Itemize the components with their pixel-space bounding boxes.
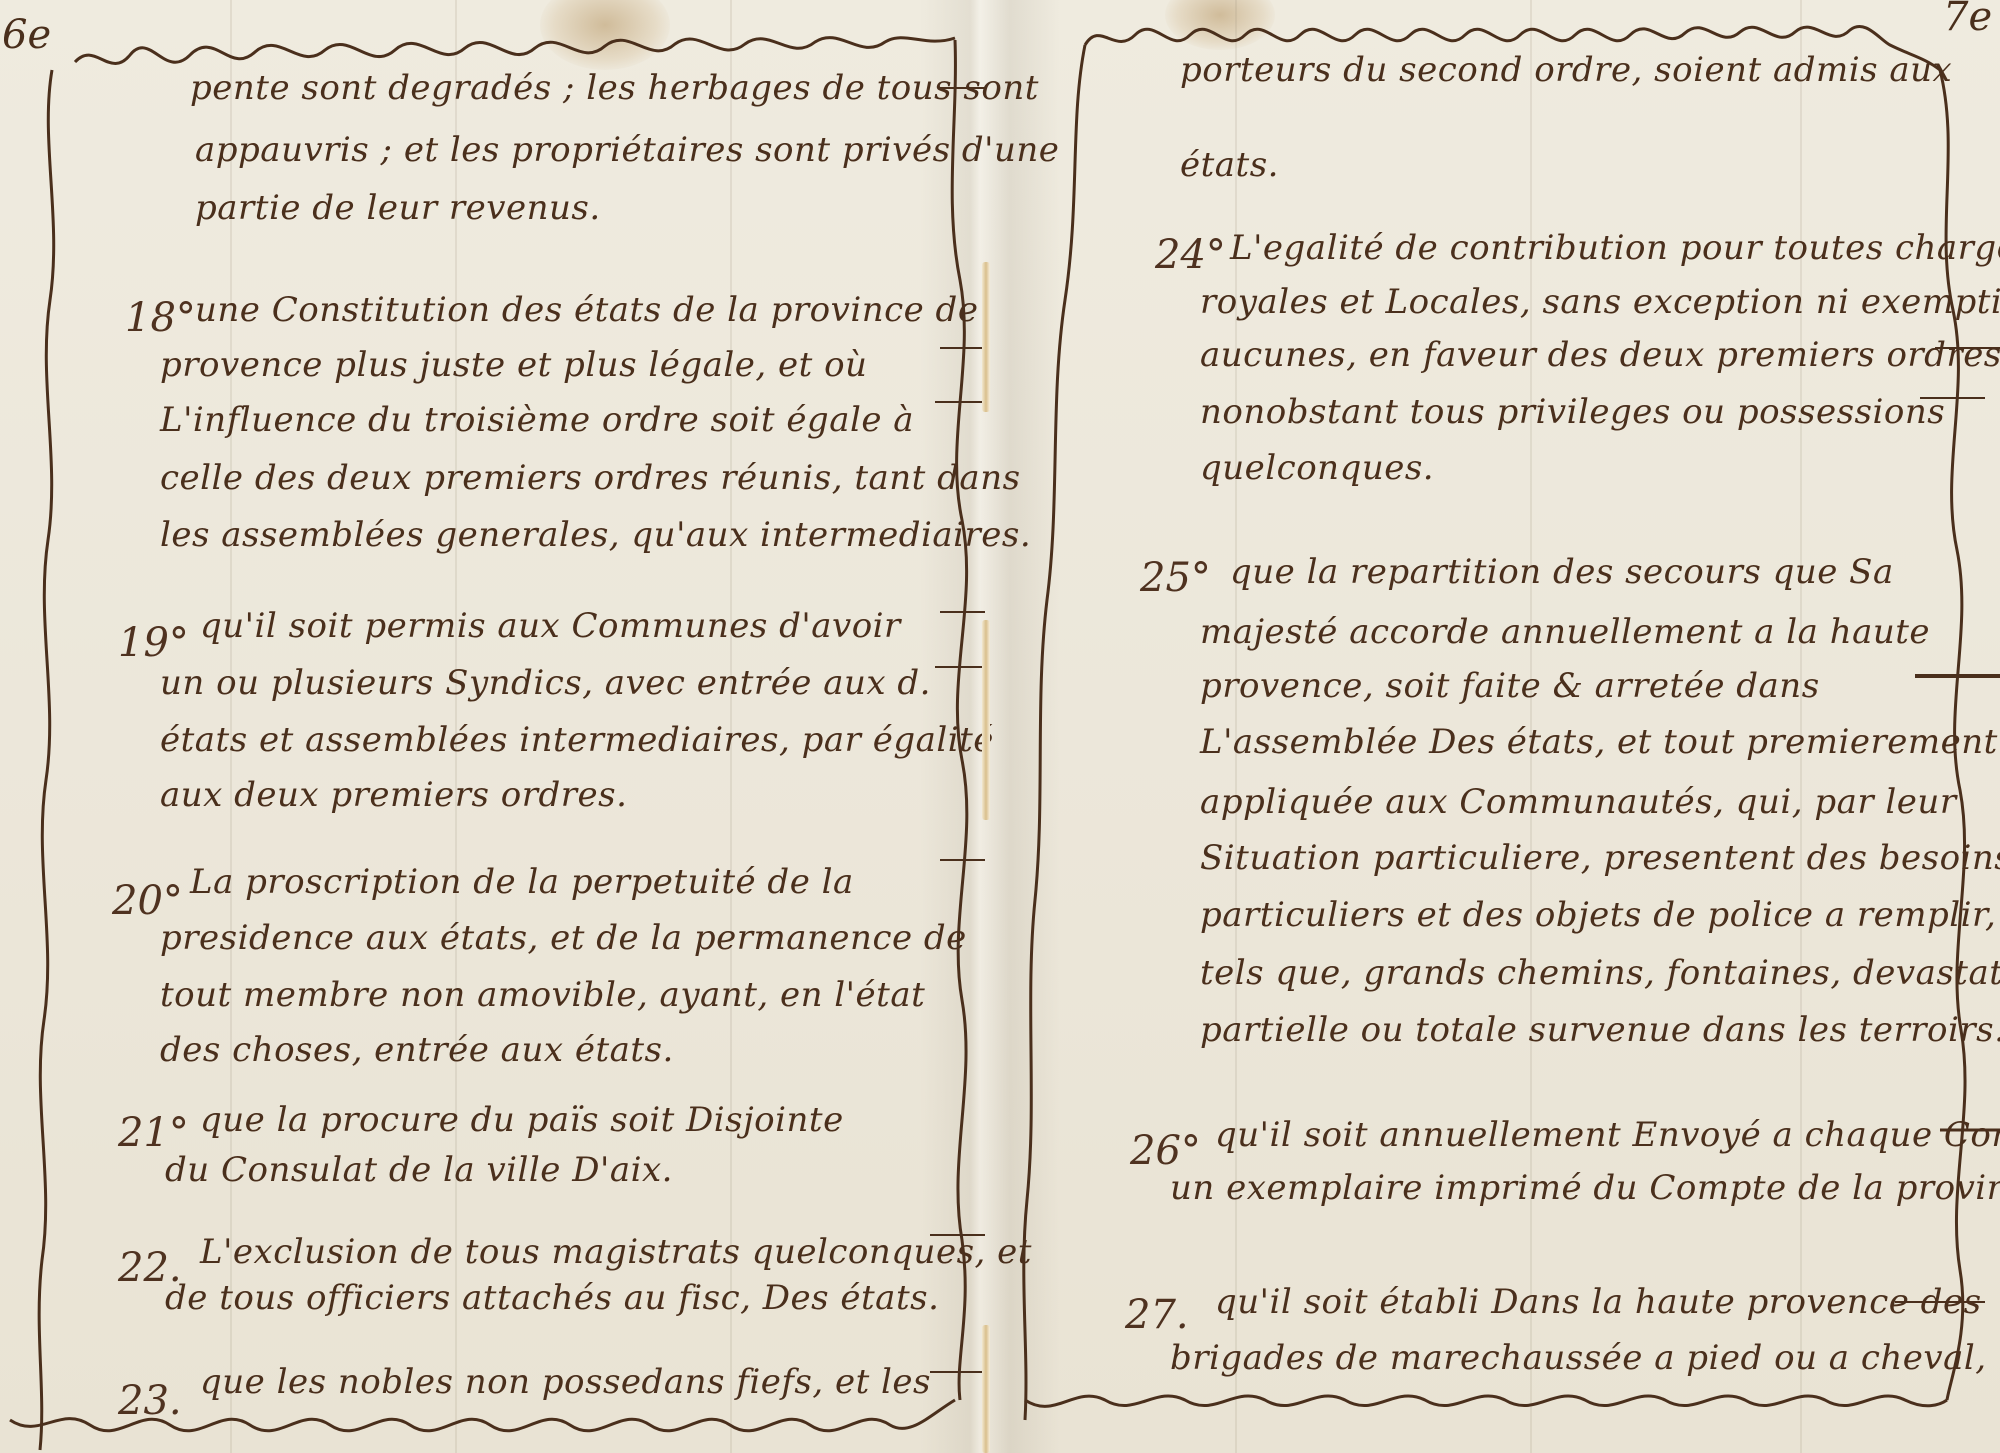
text-line: presidence aux états, et de la permanenc… <box>160 918 967 958</box>
article-number: 24° <box>1155 232 1226 278</box>
article-number: 23. <box>118 1378 182 1424</box>
text-line: provence plus juste et plus légale, et o… <box>160 345 867 385</box>
text-line: qu'il soit établi Dans la haute provence… <box>1215 1282 1982 1322</box>
text-line: particuliers et des objets de police a r… <box>1200 895 1996 935</box>
text-line: que la repartition des secours que Sa <box>1230 552 1894 592</box>
text-line: L'exclusion de tous magistrats quelconqu… <box>200 1232 1032 1272</box>
text-line: La proscription de la perpetuité de la <box>190 862 854 902</box>
text-line: nonobstant tous privileges ou possession… <box>1200 392 1945 432</box>
text-line: royales et Locales, sans exception ni ex… <box>1200 282 2000 322</box>
text-line: porteurs du second ordre, soient admis a… <box>1180 50 1952 90</box>
text-line: celle des deux premiers ordres réunis, t… <box>160 458 1021 498</box>
text-line: de tous officiers attachés au fisc, Des … <box>165 1278 939 1318</box>
text-line: un ou plusieurs Syndics, avec entrée aux… <box>160 663 931 703</box>
text-line: aux deux premiers ordres. <box>160 775 627 815</box>
text-line: pente sont degradés ; les herbages de to… <box>190 68 1039 108</box>
article-number: 27. <box>1125 1292 1189 1338</box>
text-line: quelconques. <box>1200 448 1434 488</box>
text-line: aucunes, en faveur des deux premiers ord… <box>1200 335 2000 375</box>
text-line: les assemblées generales, qu'aux interme… <box>160 515 1031 555</box>
text-line: tout membre non amovible, ayant, en l'ét… <box>160 975 925 1015</box>
text-line: un exemplaire imprimé du Compte de la pr… <box>1170 1168 2000 1208</box>
text-line: appauvris ; et les propriétaires sont pr… <box>195 130 1059 170</box>
text-line: états. <box>1180 145 1279 185</box>
text-line: Situation particuliere, presentent des b… <box>1200 838 2000 878</box>
text-line: que les nobles non possedans fiefs, et l… <box>200 1362 931 1402</box>
text-line: majesté accorde annuellement a la haute <box>1200 612 1930 652</box>
article-number: 18° <box>125 295 196 341</box>
text-line: qu'il soit permis aux Communes d'avoir <box>200 606 901 646</box>
text-line: que la procure du païs soit Disjointe <box>200 1100 844 1140</box>
text-line: états et assemblées intermediaires, par … <box>160 720 994 760</box>
text-line: L'egalité de contribution pour toutes ch… <box>1230 228 2000 268</box>
right-page: 7e porteurs du second ordre, soient admi… <box>985 0 2000 1453</box>
text-line: L'assemblée Des états, et tout premierem… <box>1200 722 1998 762</box>
text-line: brigades de marechaussée a pied ou a che… <box>1170 1338 1987 1378</box>
left-page: 6e pente sont degradés ; les herbages de… <box>0 0 985 1453</box>
text-line: provence, soit faite & arretée dans <box>1200 666 1820 706</box>
text-line: du Consulat de la ville D'aix. <box>165 1150 673 1190</box>
article-number: 25° <box>1140 555 1211 601</box>
text-line: tels que, grands chemins, fontaines, dev… <box>1200 953 2000 993</box>
article-number: 19° <box>118 620 189 666</box>
text-line: partielle ou totale survenue dans les te… <box>1200 1010 2000 1050</box>
text-line: partie de leur revenus. <box>195 188 601 228</box>
text-line: L'influence du troisième ordre soit égal… <box>160 400 914 440</box>
text-line: des choses, entrée aux états. <box>160 1030 674 1070</box>
text-line: qu'il soit annuellement Envoyé a chaque … <box>1215 1115 2000 1155</box>
text-line: appliquée aux Communautés, qui, par leur <box>1200 782 1957 822</box>
manuscript-spread: 6e pente sont degradés ; les herbages de… <box>0 0 2000 1453</box>
text-line: une Constitution des états de la provinc… <box>195 290 978 330</box>
